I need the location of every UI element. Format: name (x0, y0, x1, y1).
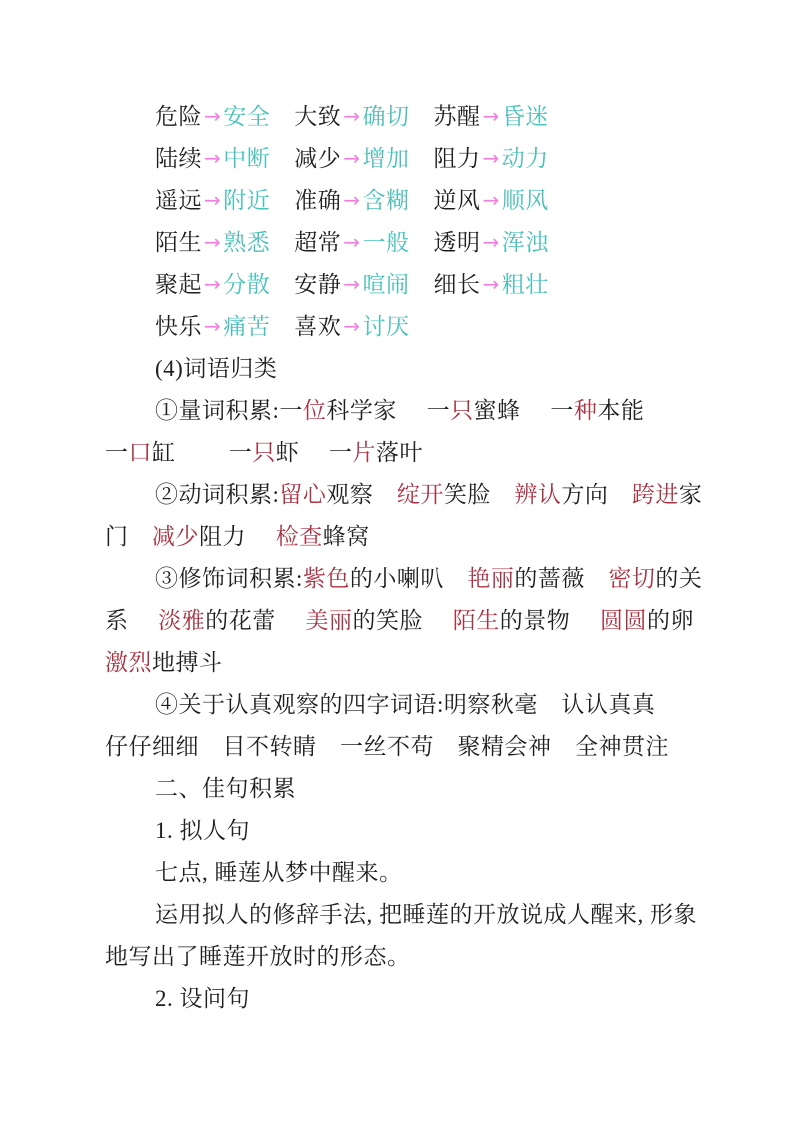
antonym-word-source: 准确 (294, 188, 341, 213)
text-segment: ②动词积累: (155, 482, 279, 507)
antonym-word-source: 陆续 (155, 146, 202, 171)
document-page: 危险→安全大致→确切苏醒→昏迷陆续→中断减少→增加阻力→动力遥远→附近准确→含糊… (0, 0, 793, 1122)
antonym-word-source: 安静 (294, 272, 341, 297)
arrow-right-icon: → (341, 263, 362, 305)
antonym-pair: 逆风→顺风 (434, 180, 549, 222)
antonym-word-source: 陌生 (155, 230, 202, 255)
text-line: 二、佳句积累 (105, 768, 693, 810)
text-segment: 的蔷薇 (514, 566, 608, 591)
antonym-pair: 聚起→分散 (155, 264, 270, 306)
highlighted-word: 美丽 (306, 608, 353, 633)
arrow-right-icon: → (341, 305, 362, 347)
highlighted-word: 圆圆 (600, 608, 647, 633)
antonym-pair: 透明→浑浊 (434, 222, 549, 264)
text-line: 仔仔细细 目不转睛 一丝不苟 聚精会神 全神贯注 (105, 726, 693, 768)
antonym-pair: 阻力→动力 (434, 138, 549, 180)
text-segment: 的小喇叭 (350, 566, 468, 591)
text-segment: ④关于认真观察的四字词语:明察秋毫 认认真真 (155, 692, 655, 717)
highlighted-word: 减少 (152, 524, 199, 549)
highlighted-word: 绽开 (397, 482, 444, 507)
text-segment: 2. 设问句 (155, 986, 250, 1011)
antonym-row: 聚起→分散安静→喧闹细长→粗壮 (105, 264, 693, 306)
antonym-word-source: 超常 (294, 230, 341, 255)
highlighted-word: 紫色 (303, 566, 350, 591)
highlighted-word: 密切 (608, 566, 655, 591)
text-line: ③修饰词积累:紫色的小喇叭 艳丽的蔷薇 密切的关 (105, 558, 693, 600)
arrow-right-icon: → (341, 137, 362, 179)
antonym-word-source: 逆风 (434, 188, 481, 213)
arrow-right-icon: → (481, 263, 502, 305)
arrow-right-icon: → (202, 305, 223, 347)
text-segment: 本能 (597, 398, 644, 423)
antonym-word-target: 确切 (363, 104, 410, 129)
text-segment: 1. 拟人句 (155, 818, 250, 843)
highlighted-word: 跨进 (632, 482, 679, 507)
text-segment: 虾 一 (276, 440, 353, 465)
text-segment: ①量词积累:一 (155, 398, 303, 423)
arrow-right-icon: → (202, 221, 223, 263)
antonym-row: 危险→安全大致→确切苏醒→昏迷 (105, 96, 693, 138)
antonym-section: 危险→安全大致→确切苏醒→昏迷陆续→中断减少→增加阻力→动力遥远→附近准确→含糊… (105, 96, 693, 348)
arrow-right-icon: → (481, 137, 502, 179)
highlighted-word: 淡雅 (158, 608, 205, 633)
antonym-word-source: 危险 (155, 104, 202, 129)
text-line: 门 减少阻力 检查蜂窝 (105, 516, 693, 558)
antonym-word-source: 聚起 (155, 272, 202, 297)
antonym-word-source: 遥远 (155, 188, 202, 213)
antonym-word-target: 顺风 (502, 188, 549, 213)
text-line: 一口缸 一只虾 一片落叶 (105, 432, 693, 474)
antonym-word-target: 动力 (502, 146, 549, 171)
antonym-pair: 超常→一般 (294, 222, 409, 264)
antonym-word-target: 安全 (223, 104, 270, 129)
arrow-right-icon: → (341, 179, 362, 221)
highlighted-word: 只 (252, 440, 276, 465)
antonym-word-target: 痛苦 (223, 314, 270, 339)
antonym-pair: 快乐→痛苦 (155, 306, 270, 348)
antonym-row: 陌生→熟悉超常→一般透明→浑浊 (105, 222, 693, 264)
highlighted-word: 种 (574, 398, 598, 423)
text-segment: 二、佳句积累 (155, 776, 296, 801)
antonym-word-target: 一般 (363, 230, 410, 255)
highlighted-word: 激烈 (105, 650, 152, 675)
arrow-right-icon: → (202, 263, 223, 305)
text-segment: 运用拟人的修辞手法, 把睡莲的开放说成人醒来, 形象 (155, 902, 697, 927)
text-line: 地写出了睡莲开放时的形态。 (105, 936, 693, 978)
antonym-word-target: 昏迷 (502, 104, 549, 129)
antonym-pair: 细长→粗壮 (434, 264, 549, 306)
highlighted-word: 片 (353, 440, 377, 465)
text-segment: 的卵 (647, 608, 694, 633)
text-segment: 科学家 一 (326, 398, 450, 423)
text-line: ④关于认真观察的四字词语:明察秋毫 认认真真 (105, 684, 693, 726)
text-segment: 落叶 (376, 440, 423, 465)
text-segment: 地写出了睡莲开放时的形态。 (105, 944, 411, 969)
arrow-right-icon: → (481, 179, 502, 221)
antonym-word-target: 分散 (223, 272, 270, 297)
word-classification-and-sentences-section: (4)词语归类①量词积累:一位科学家 一只蜜蜂 一种本能一口缸 一只虾 一片落叶… (105, 348, 693, 1020)
arrow-right-icon: → (481, 221, 502, 263)
text-line: 七点, 睡莲从梦中醒来。 (105, 852, 693, 894)
antonym-pair: 苏醒→昏迷 (434, 96, 549, 138)
arrow-right-icon: → (341, 221, 362, 263)
antonym-pair: 遥远→附近 (155, 180, 270, 222)
text-segment: 蜜蜂 一 (474, 398, 574, 423)
antonym-pair: 减少→增加 (294, 138, 409, 180)
text-segment: 一 (105, 440, 129, 465)
antonym-pair: 安静→喧闹 (294, 264, 409, 306)
antonym-pair: 喜欢→讨厌 (294, 306, 409, 348)
antonym-word-target: 浑浊 (502, 230, 549, 255)
antonym-word-target: 中断 (223, 146, 270, 171)
arrow-right-icon: → (202, 137, 223, 179)
text-segment: ③修饰词积累: (155, 566, 303, 591)
text-segment: 观察 (326, 482, 397, 507)
text-line: 运用拟人的修辞手法, 把睡莲的开放说成人醒来, 形象 (105, 894, 693, 936)
text-line: 1. 拟人句 (105, 810, 693, 852)
text-line: 2. 设问句 (105, 978, 693, 1020)
antonym-row: 快乐→痛苦喜欢→讨厌 (105, 306, 693, 348)
text-segment: 系 (105, 608, 158, 633)
text-segment: 的关 (655, 566, 702, 591)
antonym-word-target: 粗壮 (502, 272, 549, 297)
arrow-right-icon: → (202, 179, 223, 221)
antonym-pair: 陌生→熟悉 (155, 222, 270, 264)
text-segment: 家 (679, 482, 703, 507)
highlighted-word: 口 (129, 440, 153, 465)
antonym-word-target: 熟悉 (223, 230, 270, 255)
antonym-word-source: 透明 (434, 230, 481, 255)
antonym-word-source: 减少 (294, 146, 341, 171)
text-line: ②动词积累:留心观察 绽开笑脸 辨认方向 跨进家 (105, 474, 693, 516)
antonym-word-target: 增加 (363, 146, 410, 171)
highlighted-word: 辨认 (514, 482, 561, 507)
antonym-pair: 准确→含糊 (294, 180, 409, 222)
antonym-word-source: 苏醒 (434, 104, 481, 129)
antonym-word-target: 喧闹 (363, 272, 410, 297)
highlighted-word: 位 (303, 398, 327, 423)
text-segment: 的景物 (500, 608, 600, 633)
text-segment: 的笑脸 (353, 608, 453, 633)
text-segment: 地搏斗 (152, 650, 223, 675)
antonym-pair: 大致→确切 (294, 96, 409, 138)
antonym-word-source: 快乐 (155, 314, 202, 339)
text-segment: 阻力 (199, 524, 276, 549)
highlighted-word: 只 (450, 398, 474, 423)
text-segment: 门 (105, 524, 152, 549)
antonym-word-target: 讨厌 (363, 314, 410, 339)
antonym-pair: 陆续→中断 (155, 138, 270, 180)
antonym-row: 陆续→中断减少→增加阻力→动力 (105, 138, 693, 180)
arrow-right-icon: → (481, 95, 502, 137)
antonym-pair: 危险→安全 (155, 96, 270, 138)
arrow-right-icon: → (341, 95, 362, 137)
text-segment: 方向 (561, 482, 632, 507)
text-line: 激烈地搏斗 (105, 642, 693, 684)
text-segment: 仔仔细细 目不转睛 一丝不苟 聚精会神 全神贯注 (105, 734, 669, 759)
arrow-right-icon: → (202, 95, 223, 137)
text-segment: 缸 一 (152, 440, 252, 465)
text-segment: 蜂窝 (323, 524, 370, 549)
antonym-word-source: 大致 (294, 104, 341, 129)
text-segment: 笑脸 (444, 482, 515, 507)
antonym-word-source: 阻力 (434, 146, 481, 171)
antonym-word-source: 细长 (434, 272, 481, 297)
text-line: 系 淡雅的花蕾 美丽的笑脸 陌生的景物 圆圆的卵 (105, 600, 693, 642)
highlighted-word: 陌生 (453, 608, 500, 633)
text-segment: 的花蕾 (205, 608, 305, 633)
text-segment: (4)词语归类 (155, 356, 277, 381)
antonym-row: 遥远→附近准确→含糊逆风→顺风 (105, 180, 693, 222)
text-line: ①量词积累:一位科学家 一只蜜蜂 一种本能 (105, 390, 693, 432)
antonym-word-source: 喜欢 (294, 314, 341, 339)
text-segment: 七点, 睡莲从梦中醒来。 (155, 860, 403, 885)
antonym-word-target: 含糊 (363, 188, 410, 213)
highlighted-word: 留心 (279, 482, 326, 507)
antonym-word-target: 附近 (223, 188, 270, 213)
text-line: (4)词语归类 (105, 348, 693, 390)
highlighted-word: 艳丽 (467, 566, 514, 591)
highlighted-word: 检查 (276, 524, 323, 549)
